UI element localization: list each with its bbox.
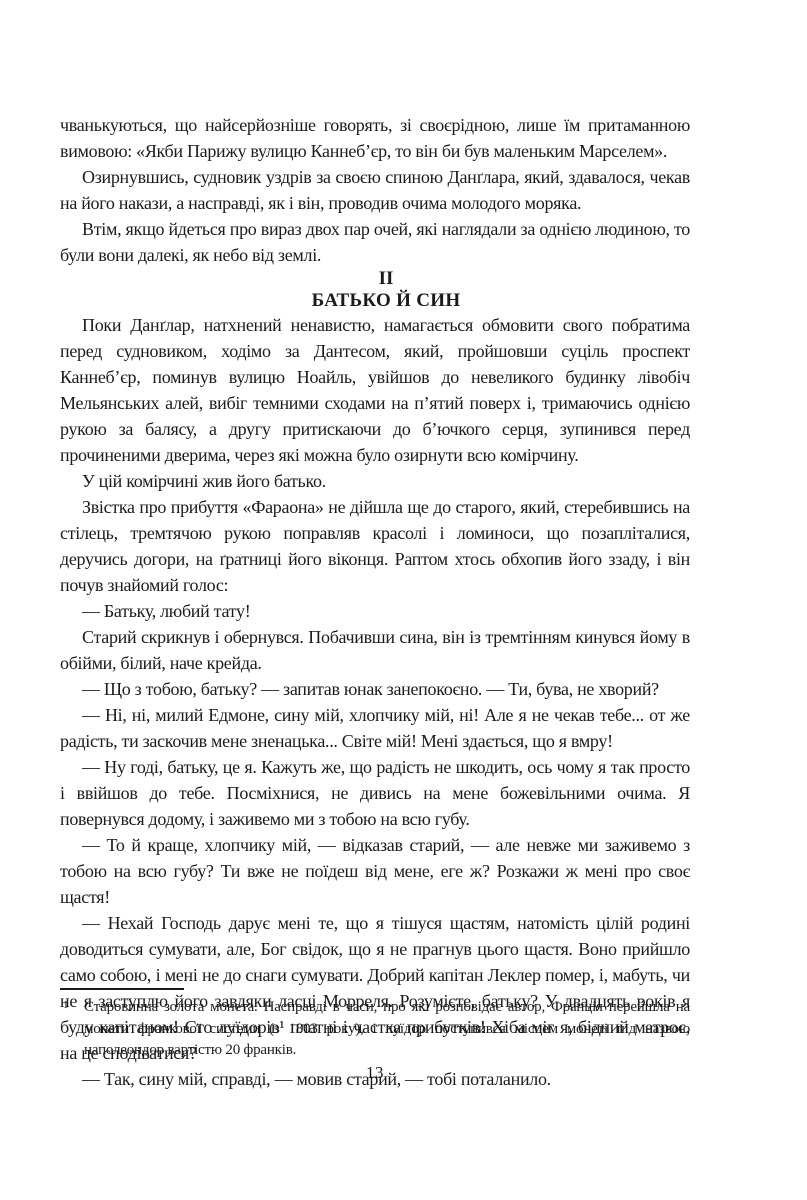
paragraph: Старий скрикнув і обернувся. Побачивши с… [60,624,690,676]
footnote-divider [60,988,184,990]
chapter-number: II [60,268,690,290]
text-column: чванькуються, що найсерйозніше говорять,… [60,112,690,1092]
paragraph: Втім, якщо йдеться про вираз двох пар оч… [60,216,690,268]
dialogue-paragraph: — Батьку, любий тату! [60,598,690,624]
dialogue-paragraph: — То й краще, хлопчику мій, — відказав с… [60,832,690,910]
book-page: чванькуються, що найсерйозніше говорять,… [0,0,807,1200]
paragraph: Поки Данґлар, натхнений ненавистю, намаг… [60,312,690,468]
dialogue-paragraph: — Ні, ні, милий Едмоне, сину мій, хлопчи… [60,702,690,754]
paragraph: Звістка про прибуття «Фараона» не дійшла… [60,494,690,598]
chapter-title: БАТЬКО Й СИН [60,290,690,312]
paragraph: У цій комірчині жив його батько. [60,468,690,494]
paragraph: чванькуються, що найсерйозніше говорять,… [60,112,690,164]
footnote-marker: 1 [63,995,68,1017]
footnote: 1 Старовинна золота монета. Насправді в … [60,997,690,1062]
page-number: 13 [60,1063,690,1083]
dialogue-paragraph: — Що з тобою, батьку? — запитав юнак зан… [60,676,690,702]
paragraph: Озирнувшись, судновик уздрів за своєю сп… [60,164,690,216]
footnote-area: 1 Старовинна золота монета. Насправді в … [60,988,690,1062]
dialogue-paragraph: — Ну годі, батьку, це я. Кажуть же, що р… [60,754,690,832]
footnote-text: Старовинна золота монета. Насправді в ча… [84,999,690,1058]
